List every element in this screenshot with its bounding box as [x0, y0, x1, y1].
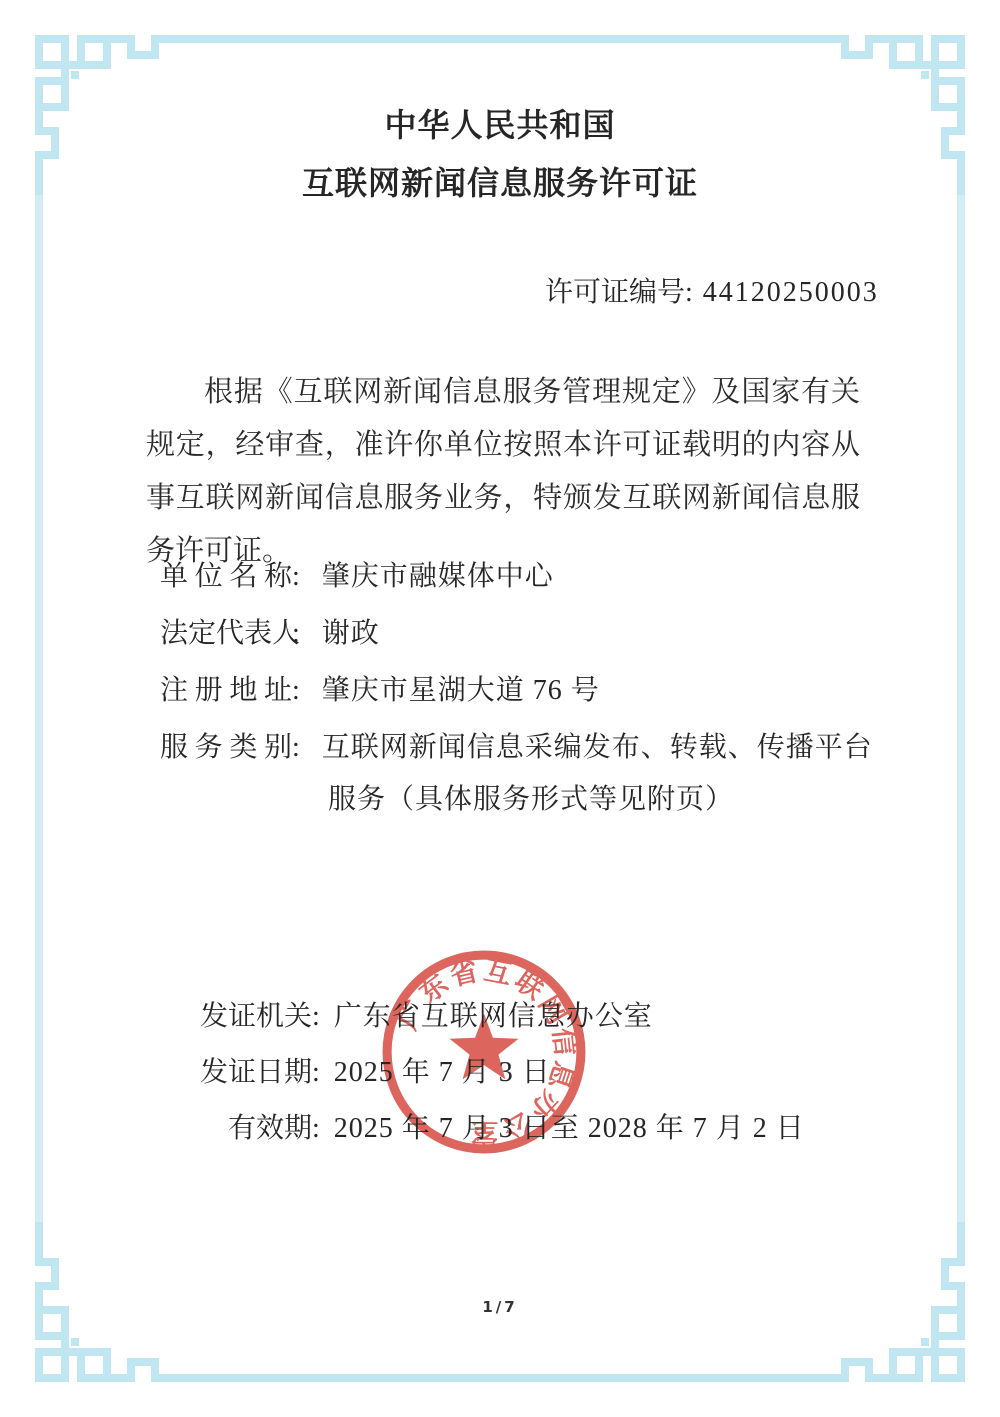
license-number-colon: :	[685, 277, 693, 308]
field-colon: :	[312, 1057, 320, 1088]
field-row-issue-date: 发证日期:2025 年 7 月 3 日	[200, 1056, 805, 1090]
field-row-registered-address: 注册地址:肇庆市星湖大道 76 号	[160, 674, 873, 708]
field-value: 2025 年 7 月 3 日	[334, 1057, 551, 1088]
border-line-bottom	[188, 1374, 812, 1382]
license-number-value: 44120250003	[703, 277, 879, 308]
field-colon: :	[292, 618, 300, 649]
field-value: 广东省互联网信息办公室	[334, 1001, 653, 1032]
grant-paragraph: 根据《互联网新闻信息服务管理规定》及国家有关规定，经审查，准许你单位按照本许可证…	[146, 366, 860, 578]
field-row-issuing-authority: 发证机关:广东省互联网信息办公室	[200, 1000, 805, 1034]
field-value: 肇庆市星湖大道 76 号	[322, 675, 600, 706]
license-document-page: 中华人民共和国 互联网新闻信息服务许可证 许可证编号:44120250003 根…	[0, 0, 1000, 1417]
license-number-row: 许可证编号:44120250003	[545, 270, 879, 310]
field-colon: :	[312, 1113, 320, 1144]
field-label: 注册地址	[160, 674, 292, 708]
field-row-service-category: 服务类别:互联网新闻信息采编发布、转载、传播平台 服务（具体服务形式等见附页）	[160, 731, 873, 817]
field-label: 单位名称	[160, 560, 292, 594]
field-value: 互联网新闻信息采编发布、转载、传播平台	[322, 732, 873, 763]
border-line-top	[188, 35, 812, 43]
page-number: 1/7	[0, 1298, 1000, 1316]
country-title: 中华人民共和国	[0, 100, 1000, 146]
license-title: 互联网新闻信息服务许可证	[0, 158, 1000, 204]
field-label: 发证机关	[200, 1000, 312, 1034]
field-label: 法定代表人	[160, 617, 292, 651]
field-colon: :	[312, 1001, 320, 1032]
field-colon: :	[292, 561, 300, 592]
field-value-line2: 服务（具体服务形式等见附页）	[328, 783, 873, 817]
field-colon: :	[292, 732, 300, 763]
border-line-right	[957, 188, 965, 1229]
field-label: 服务类别	[160, 731, 292, 765]
license-number-label: 许可证编号	[545, 277, 685, 308]
field-row-validity-period: 有效期:2025 年 7 月 3 日至 2028 年 7 月 2 日	[200, 1112, 805, 1146]
border-line-left	[35, 188, 43, 1229]
field-label: 有效期	[200, 1112, 312, 1146]
field-value: 2025 年 7 月 3 日至 2028 年 7 月 2 日	[334, 1113, 805, 1144]
field-value: 肇庆市融媒体中心	[322, 561, 554, 592]
license-fields: 单位名称:肇庆市融媒体中心 法定代表人:谢政 注册地址:肇庆市星湖大道 76 号…	[160, 560, 873, 840]
field-label: 发证日期	[200, 1056, 312, 1090]
field-value: 谢政	[322, 618, 380, 649]
field-row-legal-representative: 法定代表人:谢政	[160, 617, 873, 651]
issuance-fields: 发证机关:广东省互联网信息办公室 发证日期:2025 年 7 月 3 日 有效期…	[200, 1000, 805, 1168]
field-colon: :	[292, 675, 300, 706]
field-row-unit-name: 单位名称:肇庆市融媒体中心	[160, 560, 873, 594]
